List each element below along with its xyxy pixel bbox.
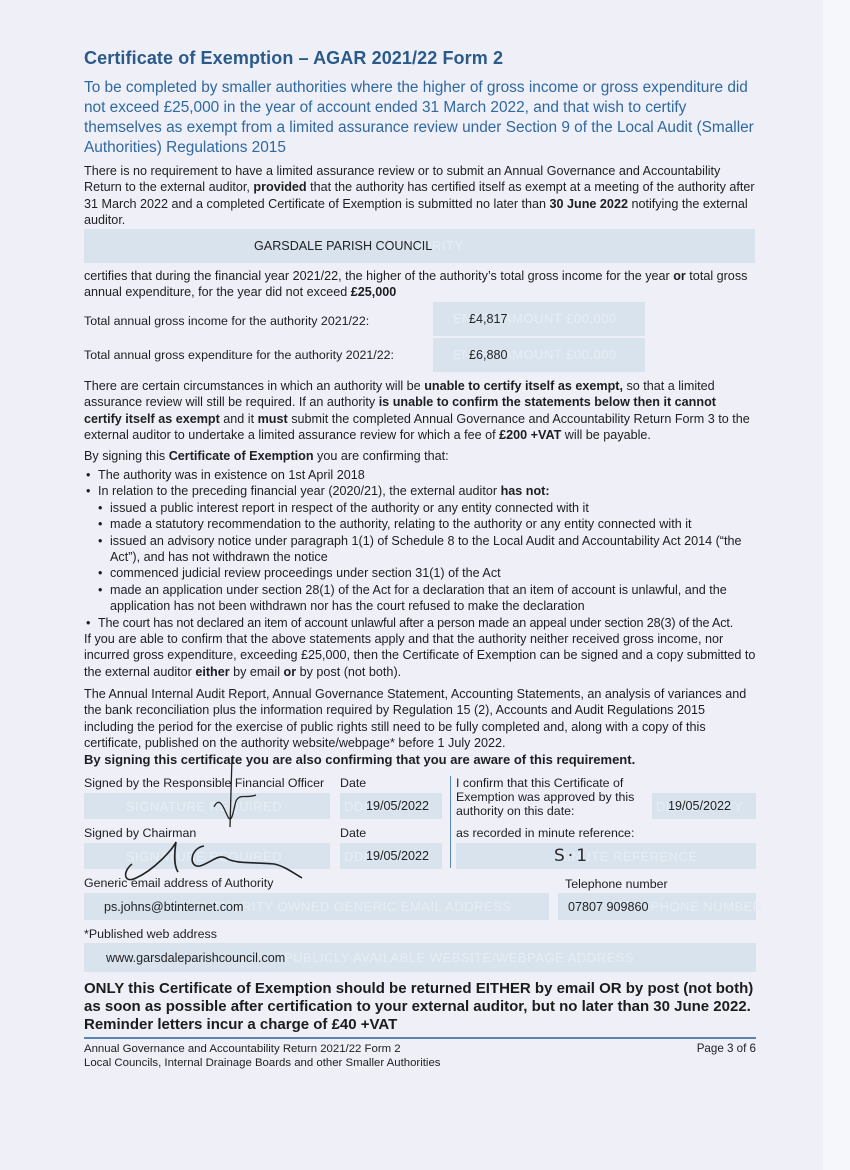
chair-signature-label: Signed by Chairman — [84, 826, 196, 840]
list-item: made an application under section 28(1) … — [84, 582, 756, 615]
able-paragraph: If you are able to confirm that the abov… — [84, 631, 756, 680]
web-label: *Published web address — [84, 927, 217, 941]
list-item: The court has not declared an item of ac… — [84, 615, 756, 631]
circumstances-paragraph: There are certain circumstances in which… — [84, 378, 756, 444]
rfo-signature-field[interactable]: SIGNATURE REQUIRED — [84, 793, 330, 819]
chair-signature-field[interactable]: SIGNATURE REQUIRED — [84, 843, 330, 869]
footer-rule — [84, 1037, 756, 1039]
intro-paragraph: There is no requirement to have a limite… — [84, 163, 756, 229]
list-item: issued a public interest report in respe… — [84, 500, 756, 516]
chair-date-field[interactable]: DD/MM/YYYY 19/05/2022 — [340, 843, 442, 869]
return-notice: ONLY this Certificate of Exemption shoul… — [84, 980, 756, 1034]
minute-reference-value: S·1 — [554, 846, 590, 866]
list-item: In relation to the preceding financial y… — [84, 483, 756, 614]
page-edge — [823, 0, 850, 1170]
authority-name-field[interactable]: AUTHORITY GARSDALE PARISH COUNCIL — [84, 229, 755, 263]
page-number: Page 3 of 6 — [697, 1042, 756, 1055]
authority-name-value: GARSDALE PARISH COUNCIL — [254, 239, 432, 253]
income-label: Total annual gross income for the author… — [84, 314, 369, 328]
page-title: Certificate of Exemption – AGAR 2021/22 … — [84, 48, 503, 69]
email-label: Generic email address of Authority — [84, 876, 273, 890]
page-subtitle: To be completed by smaller authorities w… — [84, 78, 756, 158]
chair-date-label: Date — [340, 826, 366, 840]
list-item: The authority was in existence on 1st Ap… — [84, 467, 756, 483]
expenditure-value: £6,880 — [469, 348, 508, 362]
confirmation-list: The authority was in existence on 1st Ap… — [84, 467, 756, 631]
phone-value: 07807 909860 — [568, 900, 649, 914]
expenditure-field[interactable]: ENTER AMOUNT £00,000 £6,880 — [433, 338, 645, 372]
minute-reference-field[interactable]: MINUTE REFERENCE S·1 — [456, 843, 756, 869]
list-item: made a statutory recommendation to the a… — [84, 516, 756, 532]
approval-date-value: 19/05/2022 — [668, 799, 731, 813]
annual-paragraph: The Annual Internal Audit Report, Annual… — [84, 686, 756, 768]
phone-label: Telephone number — [565, 877, 668, 891]
rfo-signature-label: Signed by the Responsible Financial Offi… — [84, 776, 324, 790]
signing-intro: By signing this Certificate of Exemption… — [84, 448, 756, 464]
email-value: ps.johns@btinternet.com — [104, 900, 244, 914]
rfo-date-value: 19/05/2022 — [366, 799, 429, 813]
rfo-date-field[interactable]: DD/MM/YYYY 19/05/2022 — [340, 793, 442, 819]
income-field[interactable]: ENTER AMOUNT £00,000 £4,817 — [433, 302, 645, 336]
approval-label: I confirm that this Certificate of Exemp… — [456, 776, 656, 818]
footer: Annual Governance and Accountability Ret… — [84, 1042, 440, 1070]
certifies-paragraph: certifies that during the financial year… — [84, 268, 756, 301]
email-field[interactable]: AUTHORITY OWNED GENERIC EMAIL ADDRESS ps… — [84, 893, 549, 920]
list-item: commenced judicial review proceedings un… — [84, 565, 756, 581]
chair-date-value: 19/05/2022 — [366, 849, 429, 863]
income-value: £4,817 — [469, 312, 508, 326]
rfo-date-label: Date — [340, 776, 366, 790]
web-address-value: www.garsdaleparishcouncil.com — [106, 951, 285, 965]
minute-reference-label: as recorded in minute reference: — [456, 826, 634, 840]
phone-field[interactable]: TELEPHONE NUMBER 07807 909860 — [558, 893, 756, 920]
approval-date-field[interactable]: DD/MM/YYYY 19/05/2022 — [652, 793, 756, 819]
divider — [450, 776, 451, 868]
web-address-field[interactable]: PUBLICLY AVAILABLE WEBSITE/WEBPAGE ADDRE… — [84, 943, 756, 972]
expenditure-label: Total annual gross expenditure for the a… — [84, 348, 394, 362]
list-item: issued an advisory notice under paragrap… — [84, 533, 756, 566]
